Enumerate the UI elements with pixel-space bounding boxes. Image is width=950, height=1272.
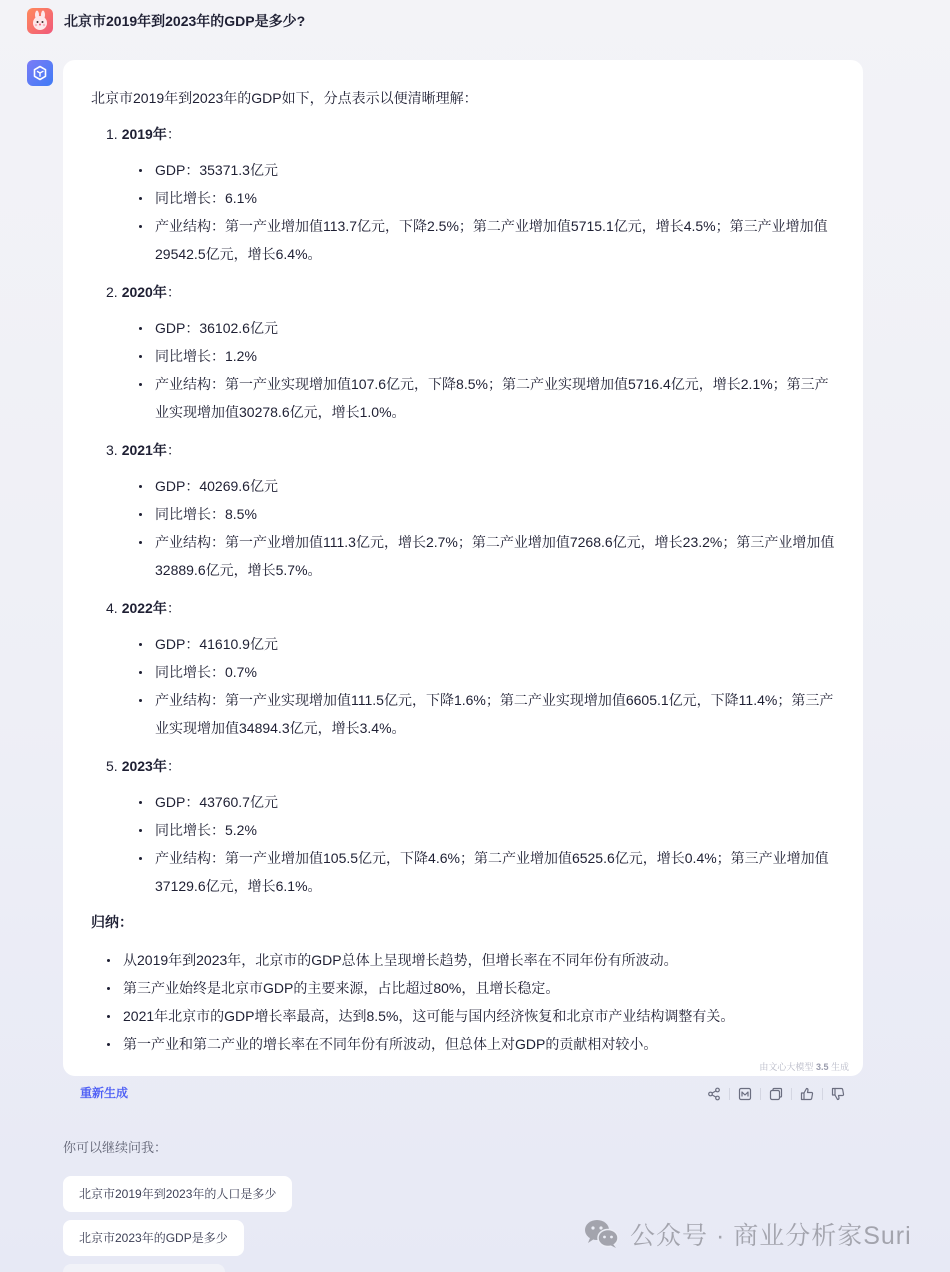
thumbs-up-icon	[800, 1087, 814, 1101]
colon: ：	[167, 442, 181, 458]
like-button[interactable]	[796, 1083, 818, 1105]
summary-item: 2021年北京市的GDP增长率最高，达到8.5%，这可能与国内经济恢复和北京市产…	[105, 1002, 835, 1030]
wechat-icon	[584, 1219, 620, 1249]
structure-item: 产业结构：第一产业增加值105.5亿元，下降4.6%；第二产业增加值6525.6…	[137, 844, 835, 900]
colon: ：	[167, 126, 181, 142]
growth-item: 同比增长：1.2%	[137, 342, 835, 370]
year-heading: 1.2019年：	[91, 116, 835, 152]
growth-item: 同比增长：5.2%	[137, 816, 835, 844]
colon: ：	[167, 600, 181, 616]
answer-intro: 北京市2019年到2023年的GDP如下，分点表示以便清晰理解：	[91, 84, 835, 112]
year-section-2023: 5.2023年： GDP：43760.7亿元 同比增长：5.2% 产业结构：第一…	[91, 748, 835, 900]
summary-list: 从2019年到2023年，北京市的GDP总体上呈现增长趋势，但增长率在不同年份有…	[91, 946, 835, 1058]
gdp-item: GDP：43760.7亿元	[137, 788, 835, 816]
growth-item: 同比增长：0.7%	[137, 658, 835, 686]
year-label: 2020年	[122, 284, 167, 300]
year-label: 2022年	[122, 600, 167, 616]
bot-avatar	[27, 60, 53, 86]
year-label: 2021年	[122, 442, 167, 458]
year-label: 2023年	[122, 758, 167, 774]
divider	[729, 1088, 730, 1100]
suggestion-chip[interactable]: 北京市2023年的GDP是多少	[63, 1220, 244, 1256]
bunny-avatar-icon	[29, 10, 51, 32]
year-heading: 3.2021年：	[91, 432, 835, 468]
suggestion-chip-partial[interactable]	[63, 1264, 225, 1272]
user-question-text: 北京市2019年到2023年的GDP是多少?	[64, 11, 305, 31]
divider	[822, 1088, 823, 1100]
summary-item: 从2019年到2023年，北京市的GDP总体上呈现增长趋势，但增长率在不同年份有…	[105, 946, 835, 974]
colon: ：	[167, 284, 181, 300]
structure-item: 产业结构：第一产业实现增加值111.5亿元，下降1.6%；第二产业实现增加值66…	[137, 686, 835, 742]
watermark: 公众号 · 商业分析家Suri	[584, 1216, 912, 1252]
list-number: 4.	[106, 600, 118, 616]
colon: ：	[167, 758, 181, 774]
structure-item: 产业结构：第一产业增加值113.7亿元，下降2.5%；第二产业增加值5715.1…	[137, 212, 835, 268]
divider	[791, 1088, 792, 1100]
year-section-2020: 2.2020年： GDP：36102.6亿元 同比增长：1.2% 产业结构：第一…	[91, 274, 835, 426]
watermark-text: 公众号 · 商业分析家Suri	[630, 1216, 912, 1252]
list-number: 2.	[106, 284, 118, 300]
year-heading: 2.2020年：	[91, 274, 835, 310]
gen-note-suffix: 生成	[831, 1062, 849, 1072]
image-icon	[738, 1087, 752, 1101]
structure-item: 产业结构：第一产业增加值111.3亿元，增长2.7%；第二产业增加值7268.6…	[137, 528, 835, 584]
gdp-item: GDP：40269.6亿元	[137, 472, 835, 500]
summary-item: 第一产业和第二产业的增长率在不同年份有所波动，但总体上对GDP的贡献相对较小。	[105, 1030, 835, 1058]
year-section-2022: 4.2022年： GDP：41610.9亿元 同比增长：0.7% 产业结构：第一…	[91, 590, 835, 742]
year-heading: 5.2023年：	[91, 748, 835, 784]
growth-item: 同比增长：6.1%	[137, 184, 835, 212]
model-version: 3.5	[816, 1062, 829, 1072]
year-label: 2019年	[122, 126, 167, 142]
summary-item: 第三产业始终是北京市GDP的主要来源，占比超过80%，且增长稳定。	[105, 974, 835, 1002]
share-button[interactable]	[703, 1083, 725, 1105]
answer-card: 北京市2019年到2023年的GDP如下，分点表示以便清晰理解： 1.2019年…	[63, 60, 863, 1076]
thumbs-down-icon	[831, 1087, 845, 1101]
user-message: 北京市2019年到2023年的GDP是多少?	[27, 8, 305, 34]
gen-note-prefix: 由文心大模型	[759, 1062, 813, 1072]
gdp-item: GDP：35371.3亿元	[137, 156, 835, 184]
list-number: 1.	[106, 126, 118, 142]
generated-by-note: 由文心大模型 3.5 生成	[759, 1060, 849, 1074]
user-avatar	[27, 8, 53, 34]
divider	[760, 1088, 761, 1100]
year-heading: 4.2022年：	[91, 590, 835, 626]
suggestions-label: 你可以继续问我：	[63, 1137, 167, 1156]
gdp-item: GDP：36102.6亿元	[137, 314, 835, 342]
dislike-button[interactable]	[827, 1083, 849, 1105]
suggestion-chip[interactable]: 北京市2019年到2023年的人口是多少	[63, 1176, 292, 1212]
generate-image-button[interactable]	[734, 1083, 756, 1105]
copy-button[interactable]	[765, 1083, 787, 1105]
answer-actions	[703, 1083, 849, 1105]
list-number: 3.	[106, 442, 118, 458]
structure-item: 产业结构：第一产业实现增加值107.6亿元，下降8.5%；第二产业实现增加值57…	[137, 370, 835, 426]
year-section-2021: 3.2021年： GDP：40269.6亿元 同比增长：8.5% 产业结构：第一…	[91, 432, 835, 584]
growth-item: 同比增长：8.5%	[137, 500, 835, 528]
share-icon	[707, 1087, 721, 1101]
copy-icon	[769, 1087, 783, 1101]
gdp-item: GDP：41610.9亿元	[137, 630, 835, 658]
year-section-2019: 1.2019年： GDP：35371.3亿元 同比增长：6.1% 产业结构：第一…	[91, 116, 835, 268]
regenerate-button[interactable]: 重新生成	[80, 1084, 128, 1101]
list-number: 5.	[106, 758, 118, 774]
summary-heading: 归纳：	[91, 906, 835, 938]
ernie-logo-icon	[32, 65, 48, 81]
